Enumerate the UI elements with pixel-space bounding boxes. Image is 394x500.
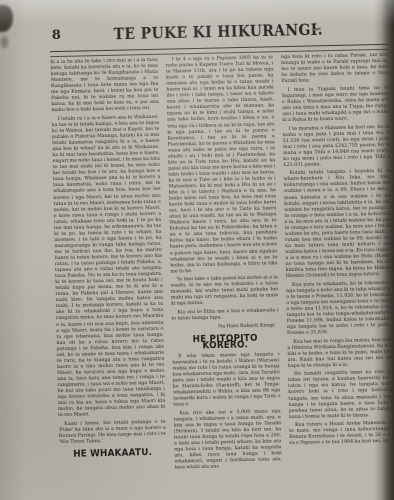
column-3: nga hoia ki roto i to ratau Paraki, tae … (281, 53, 394, 498)
body-paragraph: He tamaiti rangatira tenei no roto i o t… (288, 370, 394, 421)
body-paragraph: ki a ia he aha te take i riro mai ai i a… (50, 58, 158, 115)
column-2: I te 4 o nga ra o Pepuere 1905 ka tu te … (166, 55, 283, 500)
body-paragraph: Kaati i konei, hei tetahi putanga o te '… (58, 419, 166, 446)
body-paragraph: Kua riro ake nei e 5,000 mano nga tangat… (173, 409, 282, 472)
section-heading-he-whakaatu: HE WHAKAATU. (60, 449, 165, 458)
body-paragraph: I tetahi ra i a ia e haere ana ki Waikan… (52, 115, 166, 420)
newspaper-scan: { "page": { "number": "8", "masthead": "… (0, 0, 394, 500)
body-paragraph: nga hoia ki roto i to ratau Paraki, tae … (281, 53, 389, 86)
text-columns: ki a ia he aha te take i riro mai ai i a… (50, 53, 394, 500)
body-paragraph: Kotahi tetahi tangata i hopukia ki te wh… (284, 169, 394, 280)
section-heading-he-pitopito-korero: HE PITOPITO KORERO. (173, 334, 278, 350)
masthead-title: TE PUKE KI HIKURANGI. (56, 19, 380, 45)
body-paragraph: Kua puta te whakaatu, ko te tokomaha o n… (286, 280, 394, 337)
body-paragraph: Te tino take o taku panui kia mohio ai a… (170, 275, 278, 308)
body-paragraph: E wha tekau maono nga tangata i tanewahi… (172, 352, 280, 409)
page-content: 8 TE PUKE KI HIKURANGI. ki a ia he aha t… (0, 0, 394, 500)
body-paragraph: Kua tae mai te rongo kia matau, kua mate… (287, 337, 394, 370)
body-paragraph: Kia ora te Etita me o hoa e whakawaha i … (171, 308, 279, 322)
signature-line: Na Hare Rakaoti Kiingi. (172, 323, 276, 331)
body-paragraph: I te marama o Hanuere ka hori nei, ko te… (283, 124, 391, 169)
scan-artifact-small-blob (1, 36, 8, 48)
body-paragraph: I te 4 o nga ra o Pepuere 1905 ka tu te … (166, 55, 278, 275)
body-paragraph: Kua tuturu a Hoani Arehe Makeneki mo te … (289, 421, 394, 448)
column-1: ki a ia he aha te take i riro mai ai i a… (50, 58, 167, 500)
body-paragraph: I mau ia Tiapani tetahi tima no te Ingar… (282, 86, 390, 125)
